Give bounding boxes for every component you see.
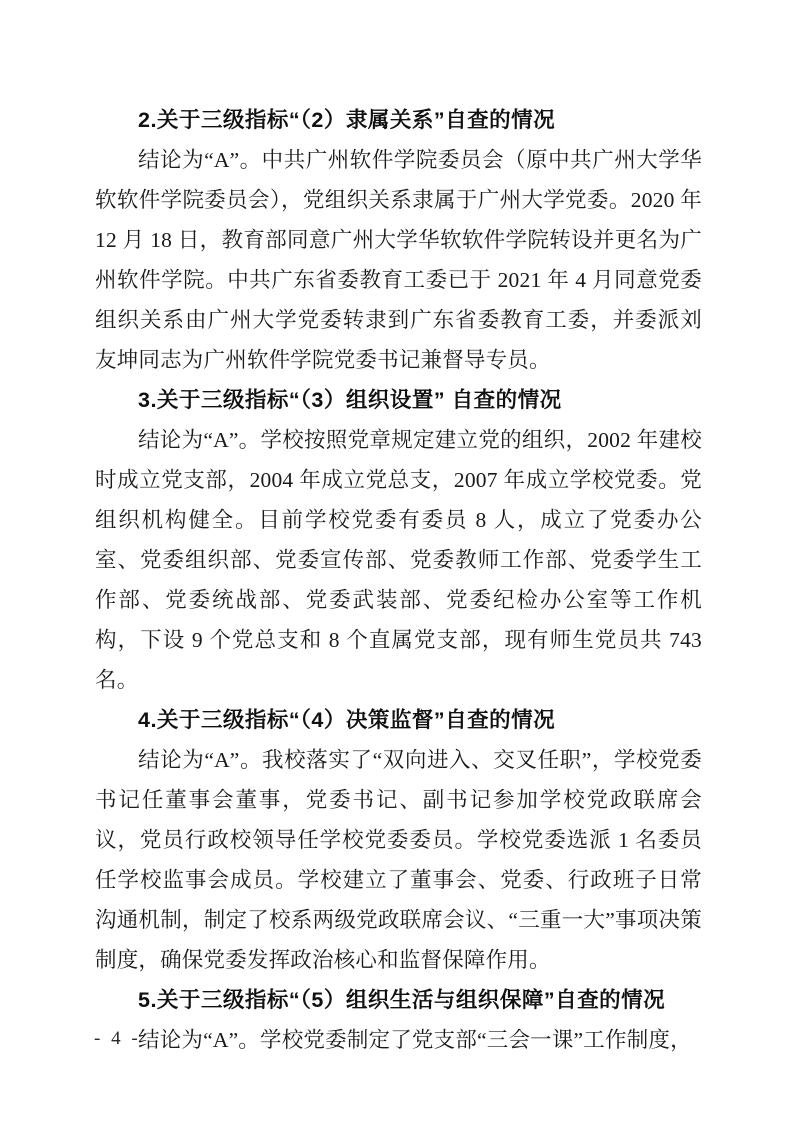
section-body-indicator-3: 结论为“A”。学校按照党章规定建立党的组织，2002 年建校时成立党支部，200… (95, 420, 702, 700)
document-page: 2.关于三级指标“（2）隶属关系”自查的情况 结论为“A”。中共广州软件学院委员… (0, 0, 793, 1122)
section-heading-indicator-4: 4.关于三级指标“（4）决策监督”自查的情况 (95, 700, 702, 740)
section-body-indicator-4: 结论为“A”。我校落实了“双向进入、交叉任职”，学校党委书记任董事会董事，党委书… (95, 740, 702, 980)
section-heading-indicator-5: 5.关于三级指标“（5）组织生活与组织保障”自查的情况 (95, 980, 702, 1020)
section-heading-indicator-2: 2.关于三级指标“（2）隶属关系”自查的情况 (95, 100, 702, 140)
section-body-indicator-5: 结论为“A”。学校党委制定了党支部“三会一课”工作制度， (95, 1020, 702, 1060)
document-content: 2.关于三级指标“（2）隶属关系”自查的情况 结论为“A”。中共广州软件学院委员… (95, 100, 702, 1060)
section-body-indicator-2: 结论为“A”。中共广州软件学院委员会（原中共广州大学华软软件学院委员会），党组织… (95, 140, 702, 380)
section-heading-indicator-3: 3.关于三级指标“（3）组织设置” 自查的情况 (95, 380, 702, 420)
page-number: - 4 - (94, 1028, 141, 1050)
